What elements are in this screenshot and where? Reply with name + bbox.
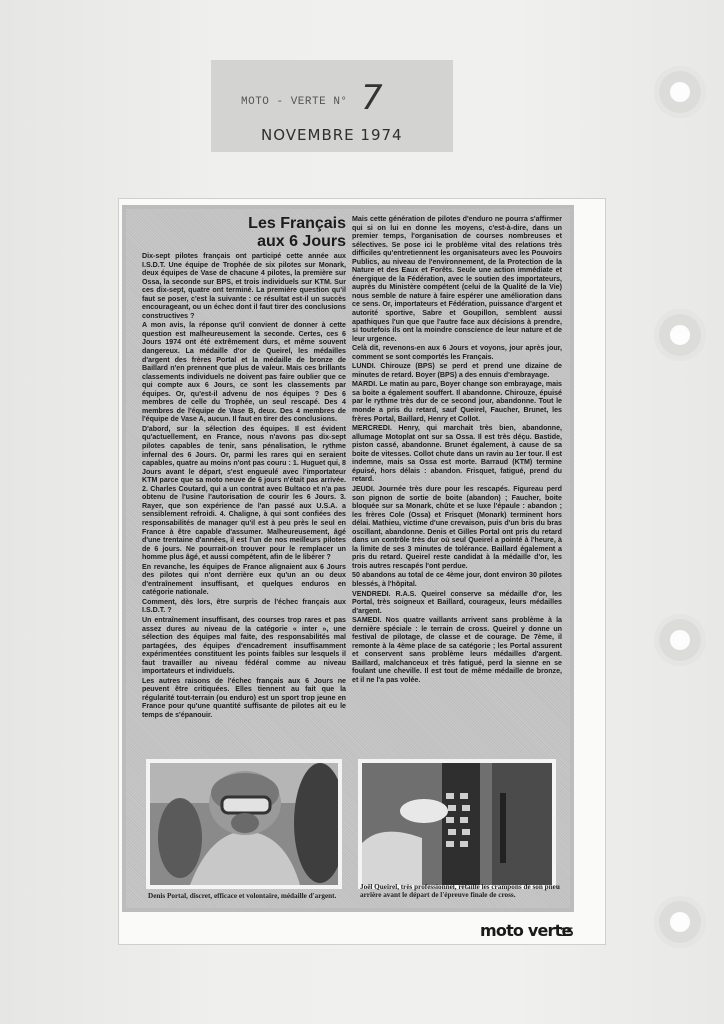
rear-tyre-trimming-photo bbox=[362, 763, 552, 885]
binder-hole-lower bbox=[670, 630, 690, 650]
archive-label: MOTO - VERTE N° 7 NOVEMBRE 1974 bbox=[211, 60, 453, 152]
article-body: Les Français aux 6 Jours Dix-sept pilote… bbox=[126, 209, 570, 908]
label-magazine-name: MOTO - VERTE N° bbox=[241, 96, 348, 108]
article-column-left: Les Français aux 6 Jours Dix-sept pilote… bbox=[142, 215, 346, 720]
article-frame: Les Français aux 6 Jours Dix-sept pilote… bbox=[122, 205, 574, 912]
photo-caption-right: Joël Queirel, très professionnel, retail… bbox=[360, 883, 560, 900]
binder-hole-upper bbox=[670, 325, 690, 345]
paragraph: D'abord, sur la sélection des équipes. I… bbox=[142, 425, 346, 562]
label-issue-number: 7 bbox=[361, 78, 383, 118]
paragraph: 50 abandons au total de ce 4ème jour, do… bbox=[352, 571, 562, 588]
paragraph-samedi: SAMEDI. Nos quatre vaillants arrivent sa… bbox=[352, 616, 562, 684]
page-number: 15 bbox=[560, 925, 573, 939]
binder-hole-bottom bbox=[670, 912, 690, 932]
binder-hole-top bbox=[670, 82, 690, 102]
paragraph: Mais cette génération de pilotes d'endur… bbox=[352, 215, 562, 343]
photo-caption-left: Denis Portal, discret, efficace et volon… bbox=[148, 892, 338, 900]
paragraph: A mon avis, la réponse qu'il convient de… bbox=[142, 321, 346, 424]
photo-tyre-trimming bbox=[358, 759, 556, 889]
paragraph-mercredi: MERCREDI. Henry, qui marchait très bien,… bbox=[352, 424, 562, 484]
paragraph-lundi: LUNDI. Chirouze (BPS) se perd et prend u… bbox=[352, 362, 562, 379]
article-title: Les Français aux 6 Jours bbox=[142, 215, 346, 251]
paragraph: Comment, dès lors, être surpris de l'éch… bbox=[142, 598, 346, 615]
photo-rider-portrait bbox=[146, 759, 342, 889]
magazine-logo: moto verte bbox=[480, 921, 572, 940]
paragraph: Les autres raisons de l'échec français a… bbox=[142, 677, 346, 720]
paragraph: En revanche, les équipes de France align… bbox=[142, 563, 346, 597]
rider-helmet-goggles-photo bbox=[150, 763, 338, 885]
paragraph: Dix-sept pilotes français ont participé … bbox=[142, 252, 346, 320]
title-line-1: Les Français bbox=[142, 215, 346, 233]
paragraph: Un entraînement insuffisant, des courses… bbox=[142, 616, 346, 676]
paragraph: Celà dit, revenons-en aux 6 Jours et voy… bbox=[352, 344, 562, 361]
label-date: NOVEMBRE 1974 bbox=[261, 126, 403, 144]
article-column-right: Mais cette génération de pilotes d'endur… bbox=[352, 215, 562, 685]
paragraph-vendredi: VENDREDI. R.A.S. Queirel conserve sa méd… bbox=[352, 590, 562, 616]
title-line-2: aux 6 Jours bbox=[142, 233, 346, 251]
paragraph-jeudi: JEUDI. Journée très dure pour les rescap… bbox=[352, 485, 562, 570]
paragraph-mardi: MARDI. Le matin au parc, Boyer change so… bbox=[352, 380, 562, 423]
